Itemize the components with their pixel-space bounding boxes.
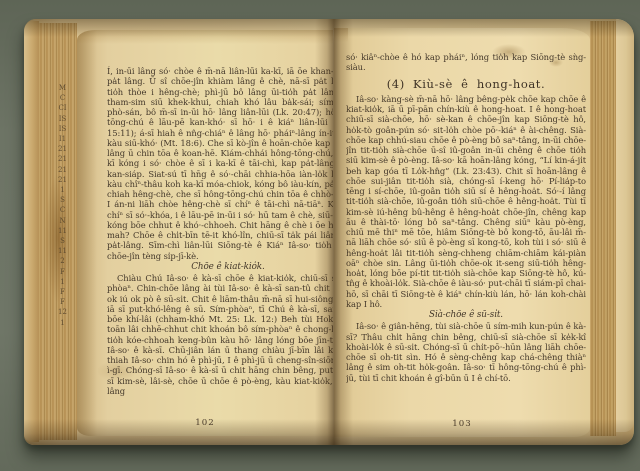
photo-background: MCCIISISI1212121211SCN11S112F1FF121 Í, i…: [0, 0, 640, 471]
paragraph: Chiàu Chú Iâ-so· ê kà-sī chōe ê kiat-kio…: [107, 273, 333, 396]
book-right-cover-edge: [616, 19, 634, 432]
page-number-right: 103: [334, 419, 590, 429]
paragraph: Í, in-ūi lâng só· chòe ê m̄-nā liân-lūi …: [107, 66, 333, 261]
book-left-cover-edge: [24, 21, 39, 442]
right-page-edges: [590, 21, 616, 436]
left-page: Í, in-ūi lâng só· chòe ê m̄-nā liân-lūi …: [77, 30, 333, 436]
paragraph: só· kiâⁿ-chòe ê hó kap pháiⁿ, lóng tio̍h…: [346, 52, 586, 73]
right-page-text: só· kiâⁿ-chòe ê hó kap pháiⁿ, lóng tio̍h…: [346, 52, 586, 414]
open-book: MCCIISISI1212121211SCN11S112F1FF121 Í, i…: [24, 19, 634, 445]
page-edge-marks: MCCIISISI1212121211SCN11S112F1FF121: [58, 83, 67, 328]
page-number-left: 102: [77, 418, 333, 428]
right-page: só· kiâⁿ-chòe ê hó kap pháiⁿ, lóng tio̍h…: [334, 28, 590, 437]
section-subheading-italic: Sià-chōe ê sū-si̍t.: [346, 310, 586, 320]
section-heading-italic: Chōe ê kiat-kio̍k.: [107, 262, 333, 272]
paragraph: Iâ-so· kàng-sè m̄-nā hō· lâng bêng-pe̍k …: [346, 94, 586, 309]
paragraph: Iâ-so· ê giân-hēng, tùi sià-chōe ū sím-m…: [346, 321, 586, 383]
left-page-text: Í, in-ūi lâng só· chòe ê m̄-nā liân-lūi …: [107, 66, 333, 418]
chapter-section-heading: (4) Kiù-sè ê hong-hoat.: [346, 79, 586, 89]
